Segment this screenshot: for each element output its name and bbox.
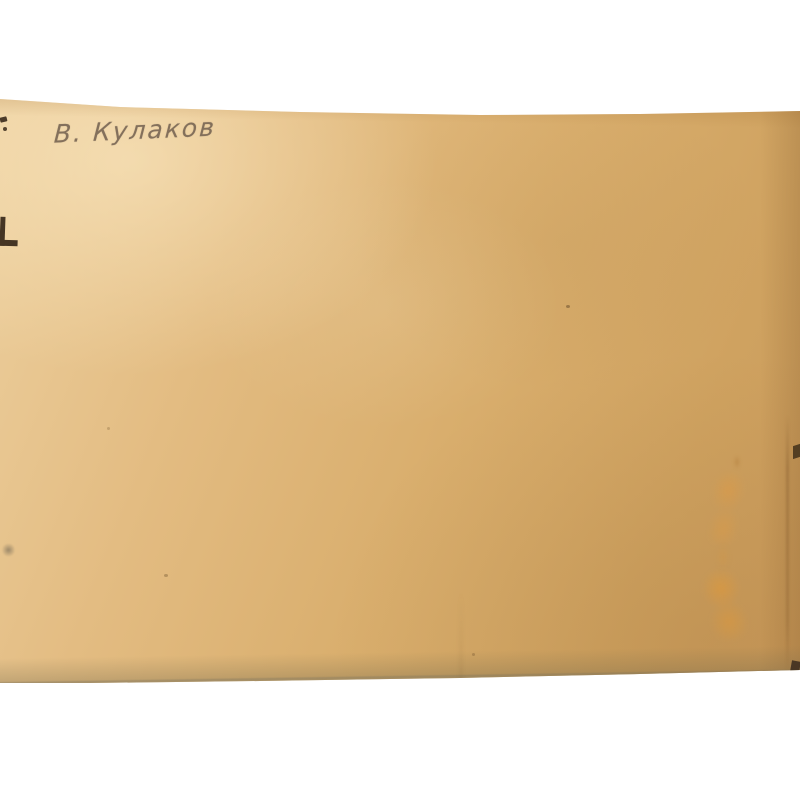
paper-sheet: В. Кулаков (0, 0, 800, 800)
handwritten-inscription: В. Кулаков (53, 112, 217, 148)
paper-bottom-edge-line (0, 670, 800, 687)
paper-speck (164, 574, 168, 577)
paper-speck (566, 305, 570, 308)
bottom-center-crease (459, 592, 463, 680)
right-edge-crease (786, 415, 789, 673)
paper-speck (472, 653, 475, 656)
orange-stain-middle (714, 540, 732, 574)
paper-bottom-edge-shading (0, 646, 800, 689)
right-edge-notch-top (793, 444, 800, 459)
right-edge-notch-bottom (790, 660, 800, 672)
brown-streak (733, 453, 741, 471)
listing-photo: В. Кулаков (0, 0, 800, 800)
paper-right-edge-shading (760, 100, 800, 680)
gray-smudge-spot (2, 543, 15, 557)
left-edge-mark-dot (3, 127, 7, 131)
left-edge-mark-tick (0, 116, 8, 123)
orange-stain-lower (698, 566, 751, 642)
paper-speck (107, 427, 110, 430)
left-edge-mark-hook (0, 217, 19, 247)
orange-stain-upper (698, 469, 750, 548)
